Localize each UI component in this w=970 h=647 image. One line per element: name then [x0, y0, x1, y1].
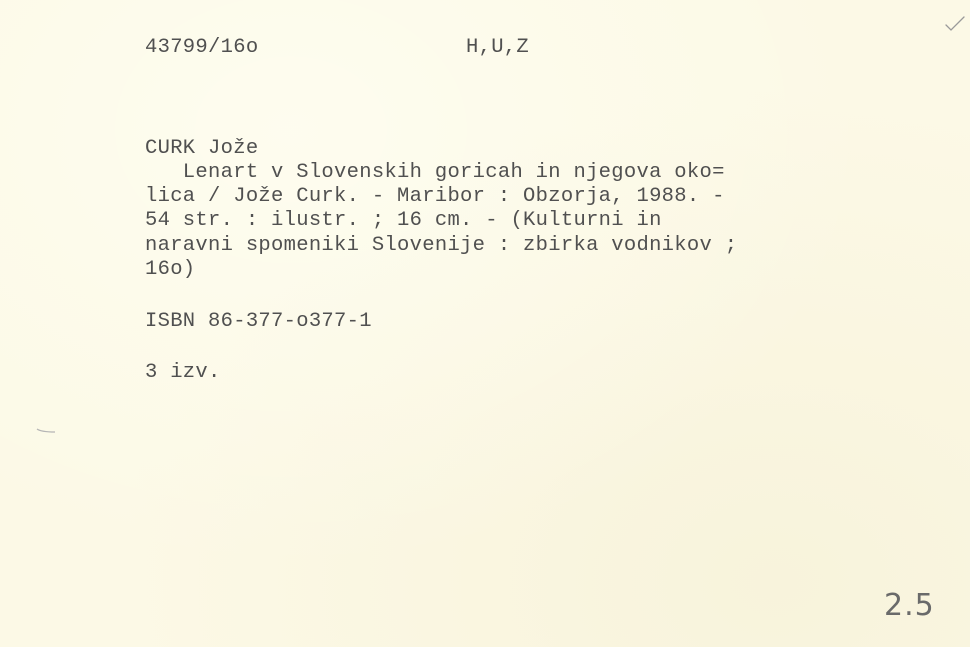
- call-number: 43799/16o: [145, 38, 258, 59]
- description-line: 16o): [145, 260, 195, 281]
- location-codes: H,U,Z: [466, 38, 529, 59]
- checkmark-icon: [944, 14, 966, 34]
- handwritten-note: 2.5: [884, 588, 935, 623]
- description-line: lica / Jože Curk. - Maribor : Obzorja, 1…: [145, 187, 725, 208]
- description-line: naravni spomeniki Slovenije : zbirka vod…: [145, 236, 737, 257]
- description-line: 54 str. : ilustr. ; 16 cm. - (Kulturni i…: [145, 211, 662, 232]
- copies-count: 3 izv.: [145, 363, 221, 384]
- pencil-mark: [36, 428, 56, 434]
- catalog-card: 43799/16o H,U,Z CURK Jože Lenart v Slove…: [0, 0, 970, 647]
- author-heading: CURK Jože: [145, 139, 258, 160]
- description-line: Lenart v Slovenskih goricah in njegova o…: [145, 163, 725, 184]
- isbn: ISBN 86-377-o377-1: [145, 312, 372, 333]
